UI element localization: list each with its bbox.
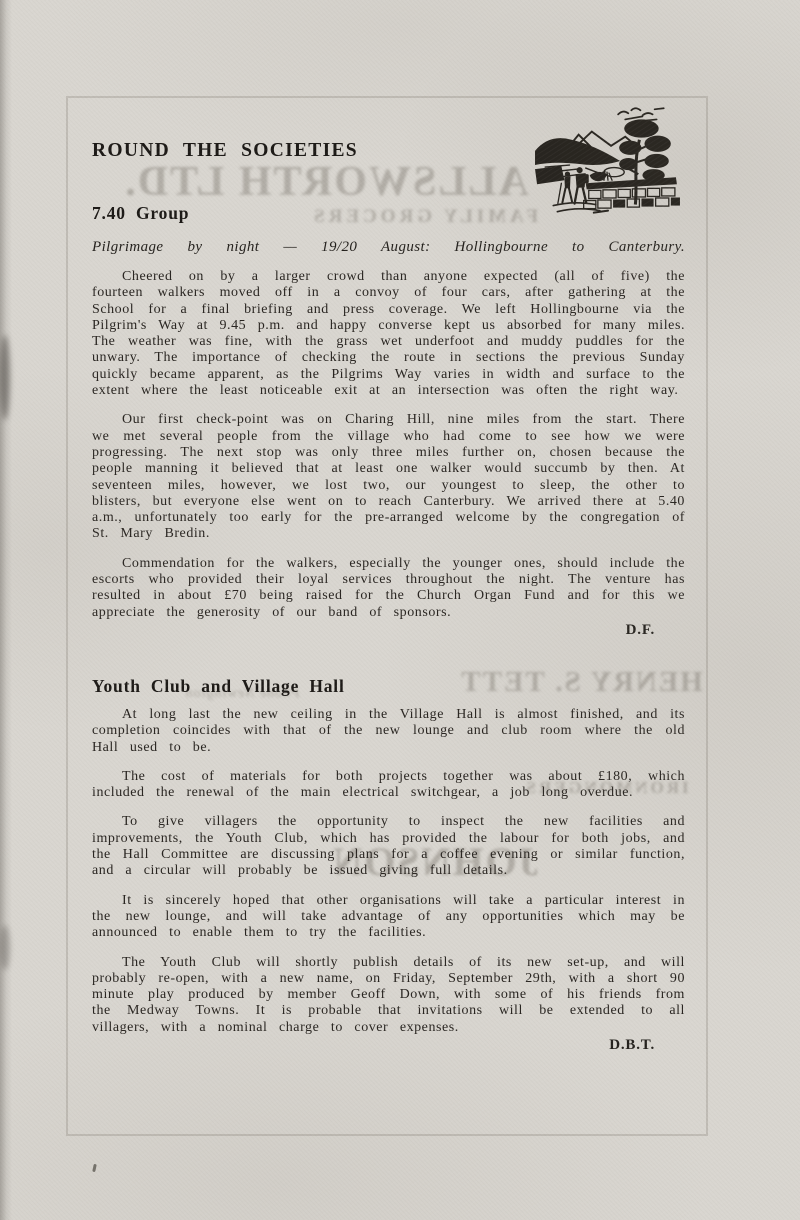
signature-df: D.F. xyxy=(92,622,685,639)
paragraph: Cheered on by a larger crowd than anyone… xyxy=(92,269,685,399)
paragraph: It is sincerely hoped that other organis… xyxy=(92,893,685,942)
paragraph: Commendation for the walkers, especially… xyxy=(92,556,685,621)
paragraph: The Youth Club will shortly publish deta… xyxy=(92,955,685,1036)
section-heading-740-group: 7.40 Group xyxy=(92,202,685,224)
paragraph: At long last the new ceiling in the Vill… xyxy=(92,707,685,756)
newsletter-page: ALLSWORTH LTD. FAMILY GROCERS HENRY S. T… xyxy=(0,0,800,1220)
signature-dbt: D.B.T. xyxy=(92,1037,685,1054)
scan-speck xyxy=(92,1164,97,1172)
section-heading-youth-club: Youth Club and Village Hall xyxy=(92,675,685,697)
pilgrimage-subtitle: Pilgrimage by night — 19/20 August: Holl… xyxy=(92,238,685,256)
page-content: ROUND THE SOCIETIES 7.40 Group Pilgrimag… xyxy=(0,0,800,1054)
page-title: ROUND THE SOCIETIES xyxy=(92,140,685,162)
paragraph: To give villagers the opportunity to ins… xyxy=(92,814,685,879)
paragraph: The cost of materials for both projects … xyxy=(92,769,685,802)
paragraph: Our first check-point was on Charing Hil… xyxy=(92,412,685,542)
